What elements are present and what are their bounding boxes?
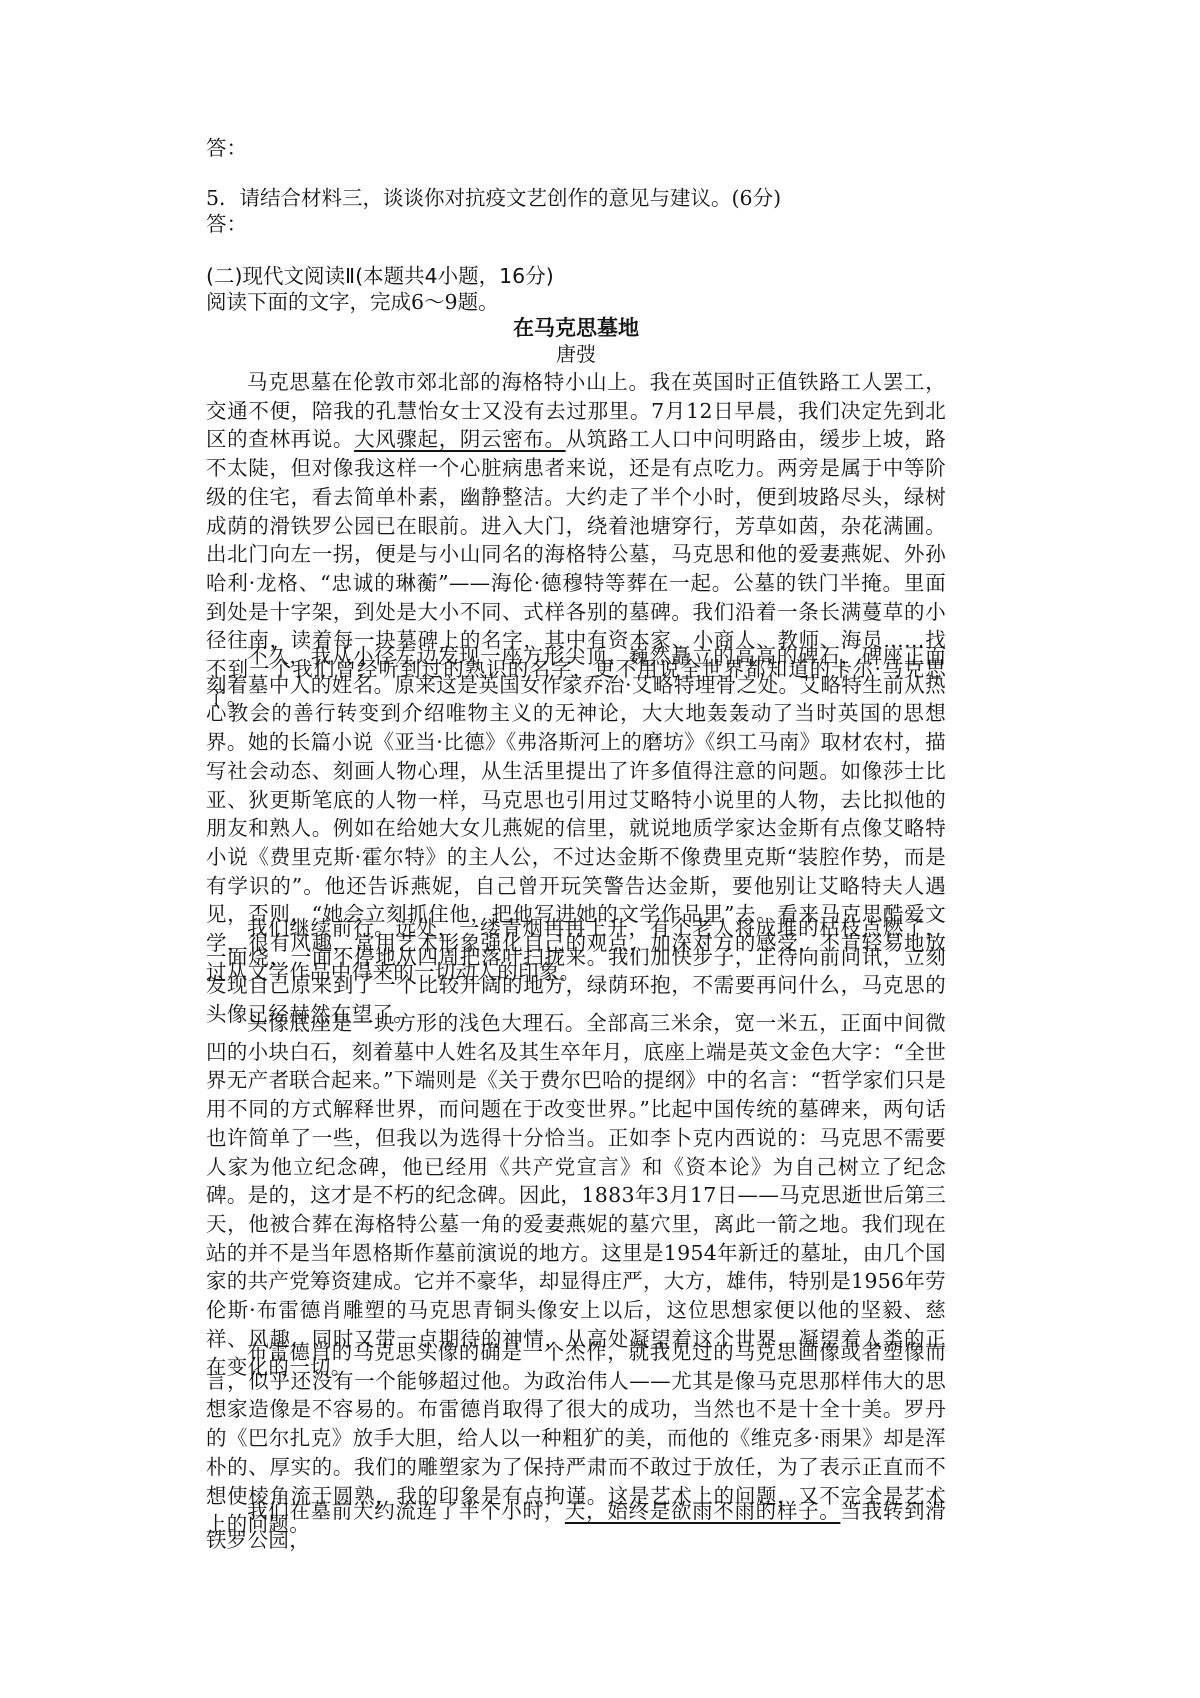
question-5: 5．请结合材料三，谈谈你对抗疫文艺创作的意见与建议。(6分) [206,184,781,212]
paragraph-6-text-a: 我们在墓前大约流连了半个小时， [247,1499,565,1523]
underlined-sentence-2: 天，始终是欲雨不雨的样子。 [565,1499,841,1523]
section-instruction: 阅读下面的文字，完成6～9题。 [206,288,499,316]
answer-label-2: 答： [206,210,247,238]
answer-label-1: 答： [206,134,247,162]
paragraph-4: 头像底座是一块方形的浅色大理石。全部高三米余，宽一米五，正面中间微凹的小块白石，… [206,1009,946,1382]
section-heading: (二)现代文阅读Ⅱ(本题共4小题，16分) [206,262,554,290]
article-author: 唐弢 [206,340,946,368]
article-title: 在马克思墓地 [206,314,946,342]
underlined-sentence-1: 大风骤起，阴云密布。 [354,427,566,451]
paragraph-6: 我们在墓前大约流连了半个小时，天，始终是欲雨不雨的样子。当我转到滑铁罗公园， [206,1497,946,1554]
